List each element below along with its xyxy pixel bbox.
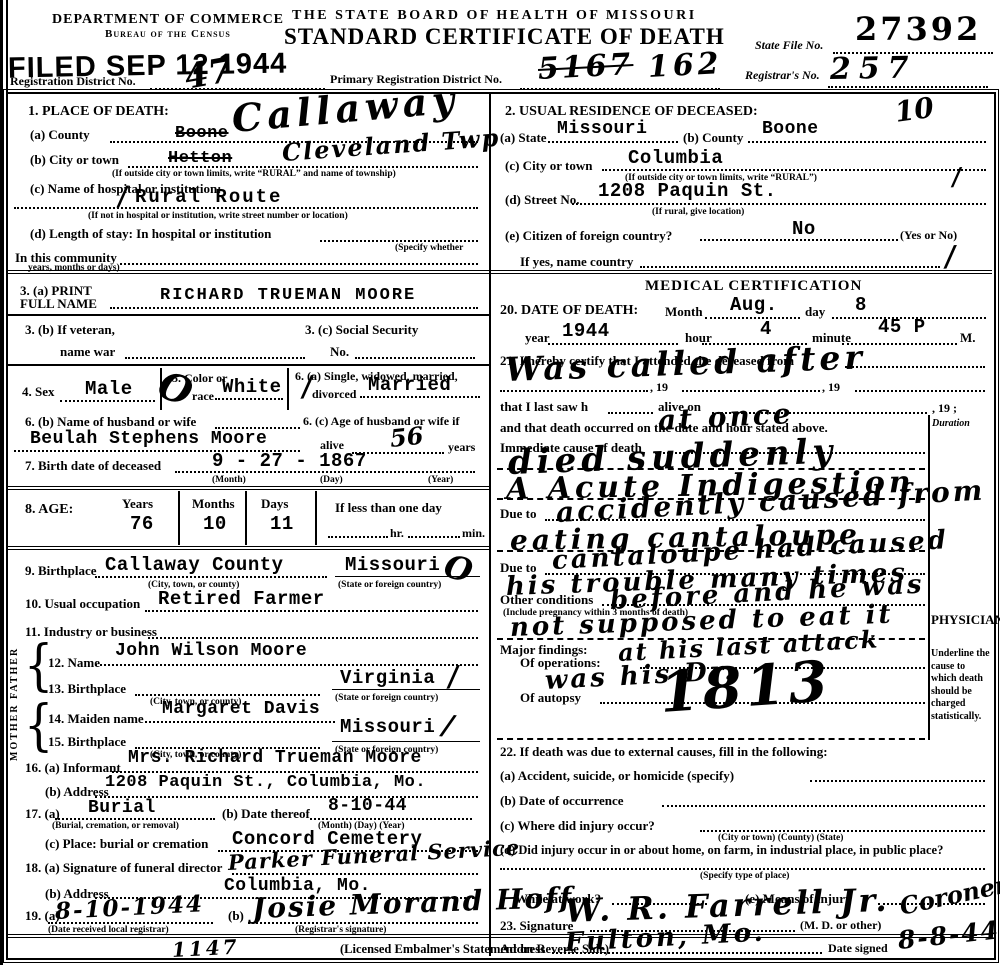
- s22b-label: (b) Date of occurrence: [500, 793, 624, 809]
- large-number-handwriting: 1813: [658, 648, 834, 726]
- s2-handwritten-10: 10: [893, 91, 936, 129]
- s3b-line: [125, 357, 305, 359]
- duration-label: Duration: [932, 418, 970, 429]
- s23-address-label: Address: [500, 941, 545, 957]
- s13-mark: /: [447, 659, 459, 692]
- s22c-line: [700, 830, 985, 832]
- registrar-label: Registrar's No.: [745, 68, 820, 83]
- s1c-line: [14, 207, 478, 209]
- registration-district-label: Registration District No.: [10, 74, 136, 89]
- s4-line: [60, 400, 155, 402]
- physician-label: PHYSICIAN: [931, 612, 1000, 628]
- s20-minute-value: 45 P: [878, 316, 926, 338]
- s8-years-header: Years: [122, 496, 153, 512]
- s13-line2: [332, 689, 480, 690]
- death-certificate-scan: DEPARTMENT OF COMMERCE Bureau of the Cen…: [0, 0, 1000, 965]
- cause-bottom-line: [497, 738, 925, 740]
- s2b-line: [748, 141, 986, 143]
- s7-month-note: (Month): [212, 475, 246, 485]
- s2b-county-typed: Boone: [762, 119, 819, 139]
- footer-handwriting: 1147: [171, 934, 240, 962]
- s19b-label: (b): [228, 908, 244, 924]
- s14-mother-name-typed: Margaret Davis: [162, 699, 320, 719]
- s22c-note: (City or town) (County) (State): [718, 833, 843, 843]
- rule-s3-bottom: [6, 364, 489, 366]
- state-file-label: State File No.: [755, 38, 823, 53]
- s22d-line: [500, 868, 985, 870]
- primary-district-handwriting-1: 5167: [537, 47, 634, 87]
- s12-line: [95, 664, 478, 666]
- s12-father-name-typed: John Wilson Moore: [115, 641, 307, 661]
- s23-md-note: (M. D. or other): [800, 918, 881, 933]
- primary-district-handwriting-2: 162: [647, 46, 723, 85]
- s6c-years: years: [448, 440, 475, 455]
- s21-blank19c: , 19 ;: [932, 401, 957, 416]
- s10-label: 10. Usual occupation: [25, 596, 140, 612]
- s21-saw-label: that I last saw h: [500, 399, 588, 415]
- rule-s7-bottom: [6, 486, 489, 490]
- s22-title: 22. If death was due to external causes,…: [500, 744, 828, 760]
- s1d-note: (Specify whether: [395, 243, 463, 253]
- s6a-label2: divorced: [312, 387, 356, 402]
- s5-label2: race: [192, 389, 214, 404]
- s8-label: 8. AGE:: [25, 502, 73, 518]
- s5-line: [215, 398, 283, 400]
- bar-age-3: [315, 491, 317, 545]
- s13-line1: [135, 694, 320, 696]
- s8-years-value: 76: [130, 513, 154, 535]
- s9-line2: [335, 576, 480, 577]
- s2e-citizen-typed: No: [792, 218, 816, 240]
- s3c-label1: 3. (c) Social Security: [305, 322, 418, 338]
- s17b-label: (b) Date thereof: [222, 806, 310, 822]
- s21-saw-line1: [608, 412, 653, 414]
- s21-handwriting-2: at once: [657, 397, 794, 437]
- rule-footer: [6, 934, 992, 938]
- med-title: MEDICAL CERTIFICATION: [645, 278, 862, 295]
- s17a-burial-typed: Burial: [88, 798, 156, 818]
- scan-edge: [0, 0, 3, 965]
- primary-district-line: [520, 88, 720, 90]
- s20-m-suffix: M.: [960, 330, 976, 346]
- s14-line: [145, 721, 335, 723]
- mother-side-label: MOTHER: [9, 703, 20, 761]
- s2f-label: If yes, name country: [520, 254, 633, 270]
- underline-note: Underline the cause to which death shoul…: [931, 648, 991, 723]
- board-title: THE STATE BOARD OF HEALTH OF MISSOURI: [292, 8, 697, 24]
- s6b-spouse-typed: Beulah Stephens Moore: [30, 429, 267, 449]
- s14-label: 14. Maiden name: [48, 711, 144, 727]
- s3a-label2: FULL NAME: [20, 296, 97, 312]
- bar-5-6: [287, 368, 289, 410]
- s1c-note: (If not in hospital or institution, writ…: [88, 211, 348, 221]
- s6a-marital-typed: Married: [368, 374, 451, 396]
- s18a-label: 18. (a) Signature of funeral director: [25, 860, 222, 876]
- s9-birthplace-typed: Callaway County: [105, 554, 284, 576]
- father-side-label: FATHER: [9, 643, 20, 699]
- s20-year-label: year: [525, 330, 550, 346]
- s9-note2: (State or foreign country): [338, 580, 441, 590]
- s20-month-value: Aug.: [730, 294, 778, 316]
- s1e-line: [120, 263, 478, 265]
- s8-days-header: Days: [261, 496, 288, 512]
- s2-title: 2. USUAL RESIDENCE OF DECEASED:: [505, 104, 758, 120]
- s2e-label: (e) Citizen of foreign country?: [505, 228, 672, 244]
- s1a-county-typed: Boone: [175, 124, 229, 143]
- s22b-line: [662, 805, 985, 807]
- s17c-label: (c) Place: burial or cremation: [45, 836, 208, 852]
- s1c-hospital-typed: Rural Route: [135, 186, 282, 208]
- s16b-address-typed: 1208 Paquin St., Columbia, Mo.: [105, 773, 426, 792]
- registrar-number: 257: [830, 50, 917, 87]
- s1b-label: (b) City or town: [30, 152, 119, 168]
- s2d-street-typed: 1208 Paquin St.: [598, 180, 777, 202]
- s7-line: [175, 471, 475, 473]
- s20-hour-value: 4: [760, 318, 772, 340]
- s21-blank19b: , 19: [822, 380, 840, 395]
- s17b-date-typed: 8-10-44: [328, 796, 407, 816]
- s13-birthplace-typed: Virginia: [340, 667, 435, 689]
- s23-address-line: [552, 952, 822, 954]
- s3b-label2: name war: [60, 344, 115, 360]
- rule-s8-bottom: [6, 546, 489, 550]
- s9-line1: [95, 576, 327, 578]
- s1a-label: (a) County: [30, 127, 90, 143]
- s8-days-value: 11: [270, 513, 294, 535]
- s2d-line: [572, 203, 986, 205]
- s8-months-header: Months: [192, 496, 235, 512]
- s20-label: 20. DATE OF DEATH:: [500, 303, 638, 319]
- s15-line2: [332, 741, 480, 742]
- s2a-state-typed: Missouri: [557, 119, 647, 139]
- s13-label: 13. Birthplace: [48, 681, 126, 697]
- s15-birthplace-typed: Missouri: [340, 716, 435, 738]
- s18a-line: [232, 873, 478, 875]
- s23-sig-label: 23. Signature: [500, 918, 573, 934]
- s20-month-label: Month: [665, 304, 703, 320]
- rule-s3a: [6, 314, 489, 316]
- s7-year-note: (Year): [428, 475, 453, 485]
- s17b-line: [310, 818, 472, 820]
- bar-age-2: [245, 491, 247, 545]
- s10-occupation-typed: Retired Farmer: [158, 588, 325, 610]
- s1b-note: (If outside city or town limits, write “…: [112, 169, 396, 179]
- s3c-line: [355, 357, 475, 359]
- s7-label: 7. Birth date of deceased: [25, 458, 161, 474]
- autopsy-label: Of autopsy: [520, 690, 581, 706]
- s12-label: 12. Name: [48, 655, 100, 671]
- s8-months-value: 10: [203, 513, 227, 535]
- registration-district-handwriting: 47: [182, 50, 236, 98]
- rule-s2-bottom: [489, 270, 992, 274]
- s5-race-typed: White: [222, 376, 282, 398]
- s22a-line: [810, 780, 985, 782]
- s2d-note: (If rural, give location): [652, 207, 744, 217]
- s2c-mark: /: [951, 162, 961, 191]
- s20-day-label: day: [805, 304, 825, 320]
- s4-sex-typed: Male: [85, 378, 133, 400]
- bureau-census: Bureau of the Census: [105, 28, 231, 40]
- s1-title: 1. PLACE OF DEATH:: [28, 104, 169, 120]
- s20-day-value: 8: [855, 294, 867, 316]
- s1d-label: (d) Length of stay: In hospital or insti…: [30, 226, 271, 242]
- s9-label: 9. Birthplace: [25, 563, 97, 579]
- s8-hr-line: [328, 536, 388, 538]
- s11-line: [148, 637, 478, 639]
- s3b-label1: 3. (b) If veteran,: [25, 322, 115, 338]
- dept-commerce: DEPARTMENT OF COMMERCE: [52, 12, 284, 28]
- cert-title: STANDARD CERTIFICATE OF DEATH: [284, 24, 725, 50]
- s2f-line: [640, 266, 940, 268]
- s3a-fullname-typed: RICHARD TRUEMAN MOORE: [160, 286, 416, 305]
- s16a-informant-typed: Mrs. Richard Trueman Moore: [128, 748, 422, 768]
- s8-hr-label: hr.: [390, 526, 404, 541]
- s4-label: 4. Sex: [22, 384, 55, 400]
- s21-line2c: [855, 390, 985, 392]
- s22c-label: (c) Where did injury occur?: [500, 818, 655, 834]
- s2e-line: [700, 239, 898, 241]
- s6a-line: [360, 396, 480, 398]
- s1d-line: [320, 240, 478, 242]
- s7-day-note: (Day): [320, 475, 343, 485]
- s1b-city-typed: Hetton: [168, 149, 232, 168]
- s3a-line: [110, 307, 478, 309]
- s8-min-label: min.: [462, 526, 485, 541]
- s6a-mark: /: [301, 369, 313, 402]
- s20-month-line: [705, 317, 800, 319]
- s2c-label: (c) City or town: [505, 158, 593, 174]
- other-conditions-label: Other conditions: [500, 592, 593, 608]
- s2d-label: (d) Street No.: [505, 192, 580, 208]
- s21-line2a: [500, 390, 648, 392]
- s21-line2b: [682, 390, 820, 392]
- column-divider: [489, 92, 491, 956]
- s2a-line: [548, 141, 678, 143]
- s20-year-value: 1944: [562, 320, 610, 342]
- s19a-line: [48, 922, 213, 924]
- s2b-label: (b) County: [683, 130, 743, 146]
- s6c-label1: 6. (c) Age of husband or wife if: [303, 414, 459, 429]
- bar-age-1: [178, 491, 180, 545]
- s22d-label: (d) Did injury occur in or about home, o…: [500, 843, 943, 858]
- s7-birthdate-typed: 9 - 27 - 1867: [212, 450, 367, 472]
- s2c-line: [602, 169, 986, 171]
- s3c-label2: No.: [330, 344, 349, 360]
- s17a-line: [55, 818, 215, 820]
- s2a-label: (a) State: [500, 130, 547, 146]
- s22a-label: (a) Accident, suicide, or homicide (spec…: [500, 768, 734, 784]
- s13-note2: (State or foreign country): [335, 693, 438, 703]
- s8-less-label: If less than one day: [335, 500, 442, 516]
- s2c-city-typed: Columbia: [628, 147, 723, 169]
- s15-label: 15. Birthplace: [48, 734, 126, 750]
- s10-line: [145, 610, 478, 612]
- s9-state-typed: Missouri: [345, 554, 440, 576]
- s6b-label: 6. (b) Name of husband or wife: [25, 414, 196, 430]
- s19b-line: [248, 922, 478, 924]
- cause-box-line: [928, 415, 930, 740]
- due1-label: Due to: [500, 506, 536, 522]
- s17a-note: (Burial, cremation, or removal): [52, 821, 179, 831]
- rule-s1-bottom: [6, 270, 489, 274]
- s6c-age-handwriting: 56: [388, 421, 424, 453]
- s23-date-label: Date signed: [828, 941, 888, 956]
- s2f-mark: /: [944, 239, 956, 272]
- s8-min-line: [408, 536, 460, 538]
- state-file-number: 27392: [855, 10, 981, 48]
- s22d-note: (Specify type of place): [700, 871, 789, 881]
